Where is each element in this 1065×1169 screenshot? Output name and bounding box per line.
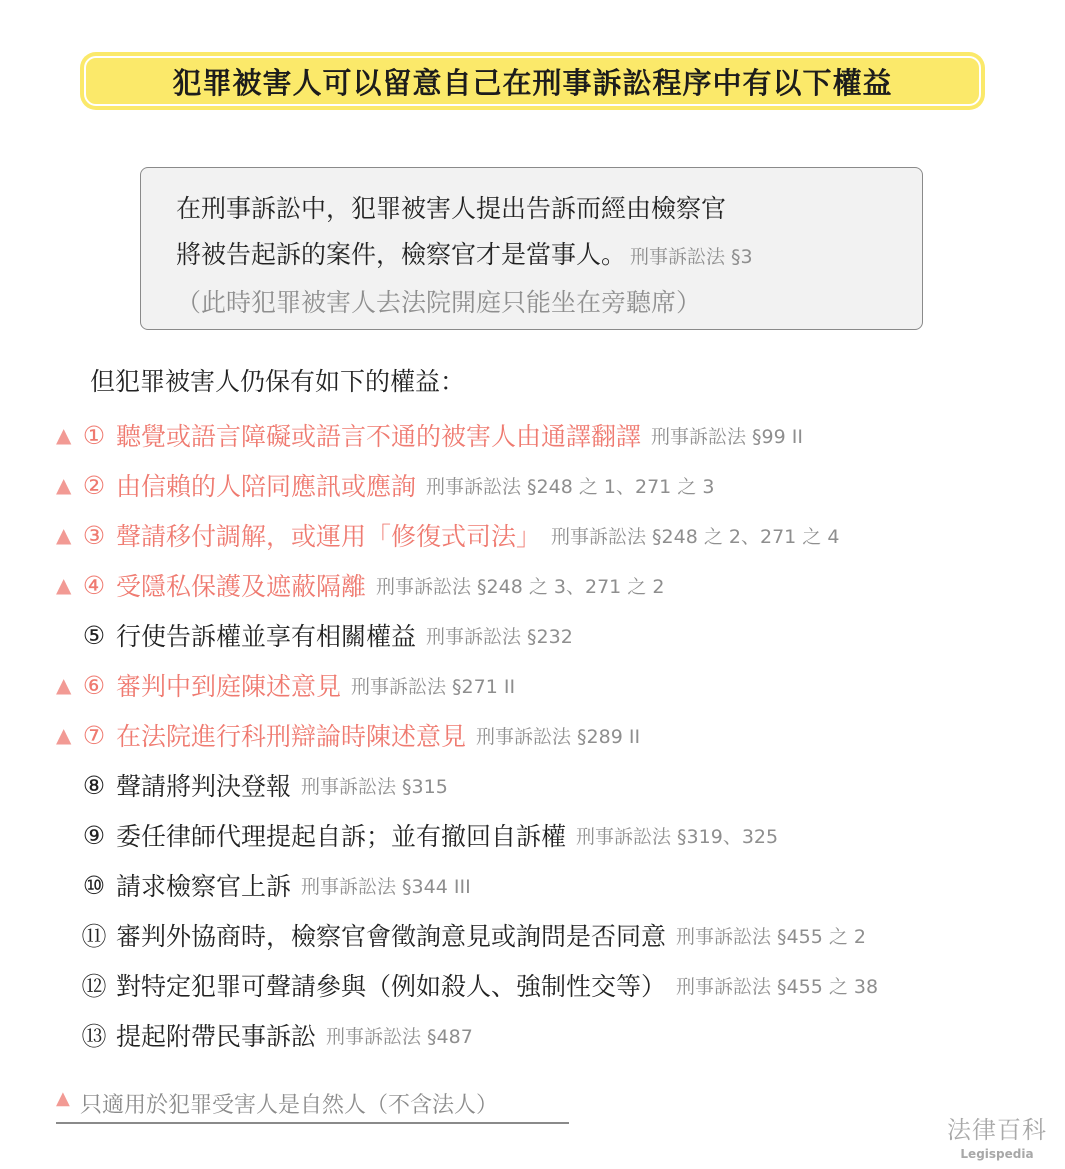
item-label: 委任律師代理提起自訴；並有撤回自訴權 bbox=[116, 817, 566, 853]
footnote: ▲ 只適用於犯罪受害人是自然人（不含法人） bbox=[56, 1088, 569, 1124]
intro-line-3: （此時犯罪被害人去法院開庭只能坐在旁聽席） bbox=[176, 280, 922, 326]
item-number: ⑥ bbox=[80, 671, 108, 700]
list-item: ▲④受隱私保護及遮蔽隔離刑事訴訟法 §248 之 3、271 之 2 bbox=[56, 560, 878, 610]
item-label: 審判中到庭陳述意見 bbox=[116, 667, 341, 703]
item-label: 提起附帶民事訴訟 bbox=[116, 1017, 316, 1053]
item-number: ④ bbox=[80, 571, 108, 600]
item-citation: 刑事訴訟法 §319、325 bbox=[576, 822, 778, 849]
rights-list: ▲①聽覺或語言障礙或語言不通的被害人由通譯翻譯刑事訴訟法 §99 II▲②由信賴… bbox=[56, 410, 878, 1060]
list-item: ⑪審判外協商時，檢察官會徵詢意見或詢問是否同意刑事訴訟法 §455 之 2 bbox=[56, 910, 878, 960]
intro-box: 在刑事訴訟中，犯罪被害人提出告訴而經由檢察官 將被告起訴的案件，檢察官才是當事人… bbox=[140, 167, 923, 330]
item-label: 行使告訴權並享有相關權益 bbox=[116, 617, 416, 653]
list-item: ⑫對特定犯罪可聲請參與（例如殺人、強制性交等）刑事訴訟法 §455 之 38 bbox=[56, 960, 878, 1010]
item-number: ⑫ bbox=[80, 967, 108, 1003]
list-item: ⑨委任律師代理提起自訴；並有撤回自訴權刑事訴訟法 §319、325 bbox=[56, 810, 878, 860]
triangle-icon: ▲ bbox=[56, 523, 80, 547]
list-item: ⑬提起附帶民事訴訟刑事訴訟法 §487 bbox=[56, 1010, 878, 1060]
item-number: ⑦ bbox=[80, 721, 108, 750]
item-label: 聲請移付調解，或運用「修復式司法」 bbox=[116, 517, 541, 553]
item-label: 聽覺或語言障礙或語言不通的被害人由通譯翻譯 bbox=[116, 417, 641, 453]
list-item: ▲①聽覺或語言障礙或語言不通的被害人由通譯翻譯刑事訴訟法 §99 II bbox=[56, 410, 878, 460]
brand-logo: 法律百科 Legispedia bbox=[945, 1110, 1049, 1161]
item-citation: 刑事訴訟法 §289 II bbox=[476, 722, 640, 749]
list-item: ⑩請求檢察官上訴刑事訴訟法 §344 III bbox=[56, 860, 878, 910]
item-citation: 刑事訴訟法 §344 III bbox=[301, 872, 471, 899]
list-item: ▲⑦在法院進行科刑辯論時陳述意見刑事訴訟法 §289 II bbox=[56, 710, 878, 760]
item-citation: 刑事訴訟法 §455 之 38 bbox=[676, 972, 878, 999]
item-label: 在法院進行科刑辯論時陳述意見 bbox=[116, 717, 466, 753]
item-number: ⑩ bbox=[80, 871, 108, 900]
rights-lead: 但犯罪被害人仍保有如下的權益： bbox=[90, 362, 465, 398]
item-citation: 刑事訴訟法 §248 之 1、271 之 3 bbox=[426, 472, 714, 499]
item-label: 對特定犯罪可聲請參與（例如殺人、強制性交等） bbox=[116, 967, 666, 1003]
list-item: ▲②由信賴的人陪同應訊或應詢刑事訴訟法 §248 之 1、271 之 3 bbox=[56, 460, 878, 510]
list-item: ▲⑥審判中到庭陳述意見刑事訴訟法 §271 II bbox=[56, 660, 878, 710]
item-citation: 刑事訴訟法 §487 bbox=[326, 1022, 473, 1049]
item-number: ⑧ bbox=[80, 771, 108, 800]
intro-line-2: 將被告起訴的案件，檢察官才是當事人。刑事訴訟法 §3 bbox=[176, 232, 922, 280]
item-citation: 刑事訴訟法 §232 bbox=[426, 622, 573, 649]
page-title: 犯罪被害人可以留意自己在刑事訴訟程序中有以下權益 bbox=[84, 56, 981, 106]
item-number: ⑪ bbox=[80, 917, 108, 953]
item-label: 請求檢察官上訴 bbox=[116, 867, 291, 903]
item-number: ⑤ bbox=[80, 621, 108, 650]
list-item: ⑧聲請將判決登報刑事訴訟法 §315 bbox=[56, 760, 878, 810]
list-item: ⑤行使告訴權並享有相關權益刑事訴訟法 §232 bbox=[56, 610, 878, 660]
triangle-icon: ▲ bbox=[56, 1088, 80, 1109]
triangle-icon: ▲ bbox=[56, 473, 80, 497]
item-citation: 刑事訴訟法 §99 II bbox=[651, 422, 803, 449]
item-label: 聲請將判決登報 bbox=[116, 767, 291, 803]
item-citation: 刑事訴訟法 §248 之 3、271 之 2 bbox=[376, 572, 664, 599]
item-label: 審判外協商時，檢察官會徵詢意見或詢問是否同意 bbox=[116, 917, 666, 953]
item-citation: 刑事訴訟法 §315 bbox=[301, 772, 448, 799]
list-item: ▲③聲請移付調解，或運用「修復式司法」刑事訴訟法 §248 之 2、271 之 … bbox=[56, 510, 878, 560]
brand-name-zh: 法律百科 bbox=[945, 1110, 1049, 1145]
triangle-icon: ▲ bbox=[56, 573, 80, 597]
item-citation: 刑事訴訟法 §248 之 2、271 之 4 bbox=[551, 522, 839, 549]
triangle-icon: ▲ bbox=[56, 423, 80, 447]
intro-line-2-text: 將被告起訴的案件，檢察官才是當事人。 bbox=[176, 240, 626, 269]
intro-citation: 刑事訴訟法 §3 bbox=[630, 246, 753, 268]
brand-name-en: Legispedia bbox=[945, 1147, 1049, 1161]
item-number: ⑨ bbox=[80, 821, 108, 850]
item-label: 由信賴的人陪同應訊或應詢 bbox=[116, 467, 416, 503]
item-number: ① bbox=[80, 421, 108, 450]
item-number: ② bbox=[80, 471, 108, 500]
triangle-icon: ▲ bbox=[56, 673, 80, 697]
item-label: 受隱私保護及遮蔽隔離 bbox=[116, 567, 366, 603]
footnote-text: 只適用於犯罪受害人是自然人（不含法人） bbox=[80, 1088, 498, 1119]
item-citation: 刑事訴訟法 §271 II bbox=[351, 672, 515, 699]
item-number: ③ bbox=[80, 521, 108, 550]
item-number: ⑬ bbox=[80, 1017, 108, 1053]
triangle-icon: ▲ bbox=[56, 723, 80, 747]
intro-line-1: 在刑事訴訟中，犯罪被害人提出告訴而經由檢察官 bbox=[176, 186, 922, 232]
title-banner: 犯罪被害人可以留意自己在刑事訴訟程序中有以下權益 bbox=[80, 52, 985, 110]
item-citation: 刑事訴訟法 §455 之 2 bbox=[676, 922, 866, 949]
